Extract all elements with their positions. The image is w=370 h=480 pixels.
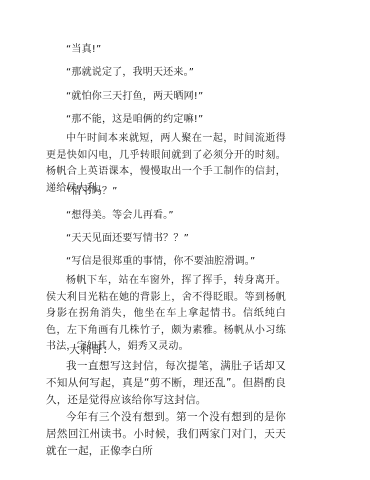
letter-salutation: 大利哥： [69,344,114,356]
dialogue-line: “就怕你三天打鱼，两天晒网!” [66,91,203,103]
letter-paragraph: 今年有三个没有想到。第一个没有想到的是你居然回江州读书。小时候，我们两家门对门，… [46,409,286,460]
dialogue-line: “写信是很郑重的事情，你不要油腔滑调。” [66,256,255,268]
dialogue-line: “情书吗？” [66,186,118,198]
dialogue-line: “想得美。等会儿再看。” [66,210,174,222]
letter-paragraph: 我一直想写这封信，每次提笔，满肚子话却又不知从何写起，真是“剪不断，理还乱”。但… [46,358,286,409]
dialogue-line: “天天见面还要写情书？？” [66,233,189,245]
dialogue-line: “当真!” [66,44,101,56]
dialogue-line: “那不能，这是咱俩的约定嘛!” [66,114,203,126]
document-page: “当真!” “那就说定了，我明天还来。” “就怕你三天打鱼，两天晒网!” “那不… [0,0,370,480]
dialogue-line: “那就说定了，我明天还来。” [66,67,194,79]
